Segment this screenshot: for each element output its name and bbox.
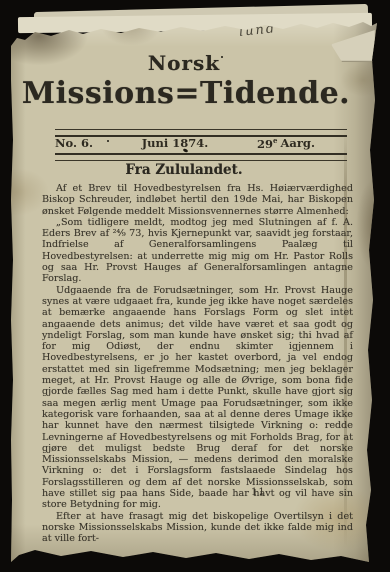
issue-info-row: No. 6. Juni 1874. 29eAarg. [55,135,347,151]
volume-number: 29 [257,136,273,150]
masthead-title-norsk: Norsk [11,51,357,75]
photo-backdrop: lund Norsk Missions=Tidende. No. 6. Juni… [0,0,390,572]
article-paragraph: „Som tidligere meldt, modtog jeg med Slu… [42,217,353,285]
issue-number: No. 6. [55,136,93,150]
volume-word: Aarg. [281,136,315,150]
issue-volume: 29eAarg. [257,136,315,151]
section-heading: Fra Zululandet. [11,162,357,178]
article-paragraph: Udgaaende fra de Forudsætninger, som Hr.… [42,285,353,511]
volume-ordinal-suffix: e [273,136,277,145]
masthead-title-main: Missions=Tidende. [11,76,361,111]
page-number: 11 [251,487,266,498]
issue-date: Juni 1874. [142,136,209,150]
article-paragraph: Af et Brev til Hovedbestyrelsen fra Hs. … [42,183,353,217]
article-body: Af et Brev til Hovedbestyrelsen fra Hs. … [42,183,353,545]
masthead-rule-bottom [55,153,347,161]
magazine-cover-page: lund Norsk Missions=Tidende. No. 6. Juni… [11,20,377,562]
article-paragraph: Efter at have frasagt mig det biskopelig… [42,511,353,545]
